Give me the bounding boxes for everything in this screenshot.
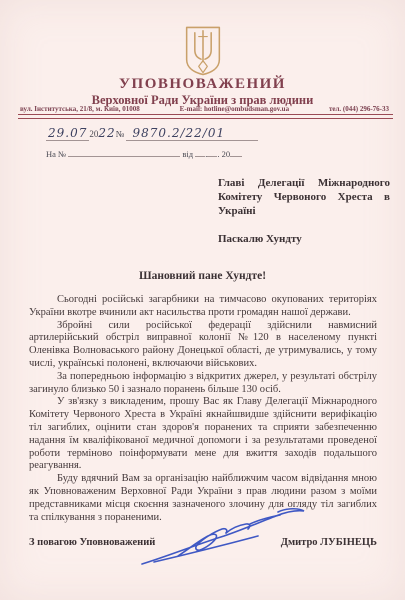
recipient-title: Главі Делегації Міжнародного Комітету Че… [218, 176, 390, 218]
recipient-block: Главі Делегації Міжнародного Комітету Че… [218, 176, 390, 246]
header-contact-row: вул. Інститутська, 21/8, м. Київ, 01008 … [20, 105, 389, 113]
paragraph: Збройні сили російської федерації здійсн… [29, 320, 377, 371]
handwritten-signature [138, 498, 308, 570]
handwritten-date: 29.07 [46, 126, 89, 141]
recipient-name: Паскалю Хундту [218, 232, 390, 246]
paragraph: Сьогодні російські загарбники на тимчасо… [29, 294, 377, 320]
year-prefix: 20 [89, 129, 98, 139]
reply-year-blank [230, 146, 242, 157]
salutation: Шановний пане Хундте! [0, 270, 405, 282]
outgoing-number-line: 29.072022№ 9870.2/22/01 [46, 126, 346, 141]
header-emblem [0, 26, 405, 76]
reply-reference-line: На № від .. 20 [46, 146, 346, 159]
org-email: E-mail: hotline@ombudsman.gov.ua [180, 105, 289, 113]
org-phone: тел. (044) 296-76-33 [329, 105, 389, 113]
scanned-letter-page: УПОВНОВАЖЕНИЙ Верховної Ради України з п… [0, 0, 405, 600]
header-divider [18, 114, 393, 119]
handwritten-year: 22 [98, 126, 115, 140]
reference-block: 29.072022№ 9870.2/22/01 На № від .. 20 [46, 126, 346, 159]
org-title: УПОВНОВАЖЕНИЙ [0, 76, 405, 93]
org-address: вул. Інститутська, 21/8, м. Київ, 01008 [20, 105, 140, 113]
closing-phrase: З повагою Уповноважений [29, 537, 155, 548]
reply-day-blank [195, 146, 205, 157]
handwritten-number: 9870.2/22/01 [126, 126, 258, 141]
reply-month-blank [207, 146, 217, 157]
reply-from-label: від [182, 149, 193, 159]
paragraph: За попередньою інформацію з відкритих дж… [29, 371, 377, 397]
reply-label: На № [46, 149, 66, 159]
letter-body: Сьогодні російські загарбники на тимчасо… [29, 294, 377, 524]
signatory-name: Дмитро ЛУБІНЕЦЬ [281, 537, 377, 548]
reply-number-blank [68, 146, 180, 157]
ukraine-trident-shield-icon [180, 26, 226, 76]
signature-row: З повагою Уповноважений Дмитро ЛУБІНЕЦЬ [29, 537, 377, 548]
paragraph: У зв'язку з викладеним, прошу Вас як Гла… [29, 396, 377, 473]
number-sign: № [116, 129, 125, 139]
reply-year-prefix: 20 [222, 149, 231, 159]
